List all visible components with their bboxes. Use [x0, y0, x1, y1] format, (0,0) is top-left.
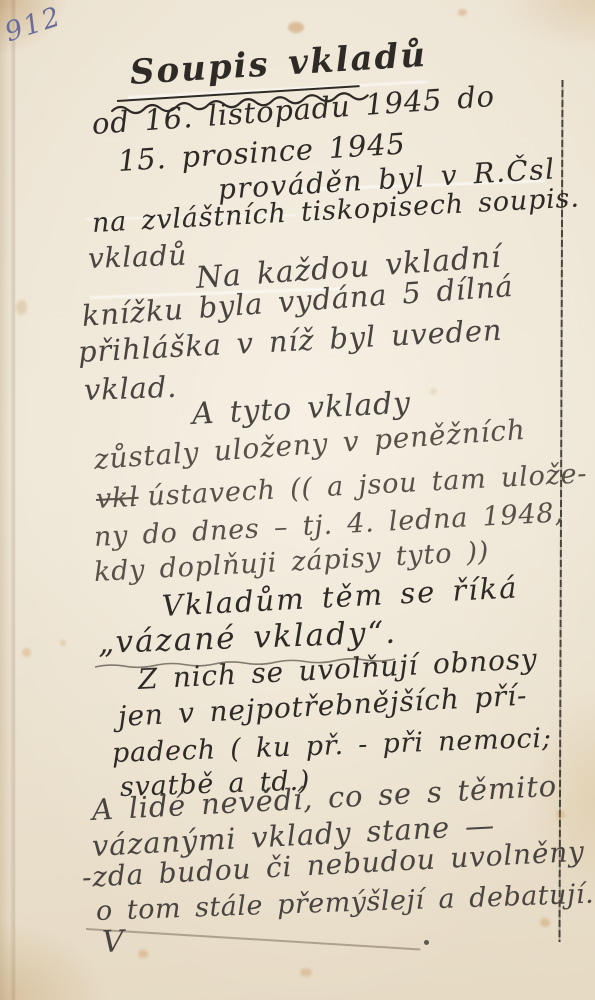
foxing-stain — [288, 22, 304, 33]
foxing-stain — [138, 950, 148, 958]
foxing-stain — [540, 918, 550, 927]
foxing-stain — [22, 648, 31, 657]
foxing-stain — [60, 640, 66, 646]
ink-dot — [424, 940, 429, 945]
handwritten-line: padech ( ku př. - při nemoci; — [112, 725, 553, 767]
foxing-stain — [300, 968, 312, 977]
struck-word: vkl — [95, 482, 139, 515]
left-edge-crease — [0, 0, 16, 1000]
handwritten-line: vklad. — [83, 373, 177, 405]
foxing-stain — [458, 9, 467, 16]
closing-rule — [86, 928, 420, 950]
foxing-stain — [556, 810, 565, 819]
check-mark: V — [101, 927, 125, 958]
handwritten-line: vkladů — [88, 242, 188, 273]
foxing-stain — [16, 300, 27, 315]
foxing-stain — [430, 388, 437, 395]
manuscript-page: 912 Soupis vkladů od 16. listopadu 1945 … — [0, 0, 595, 1000]
